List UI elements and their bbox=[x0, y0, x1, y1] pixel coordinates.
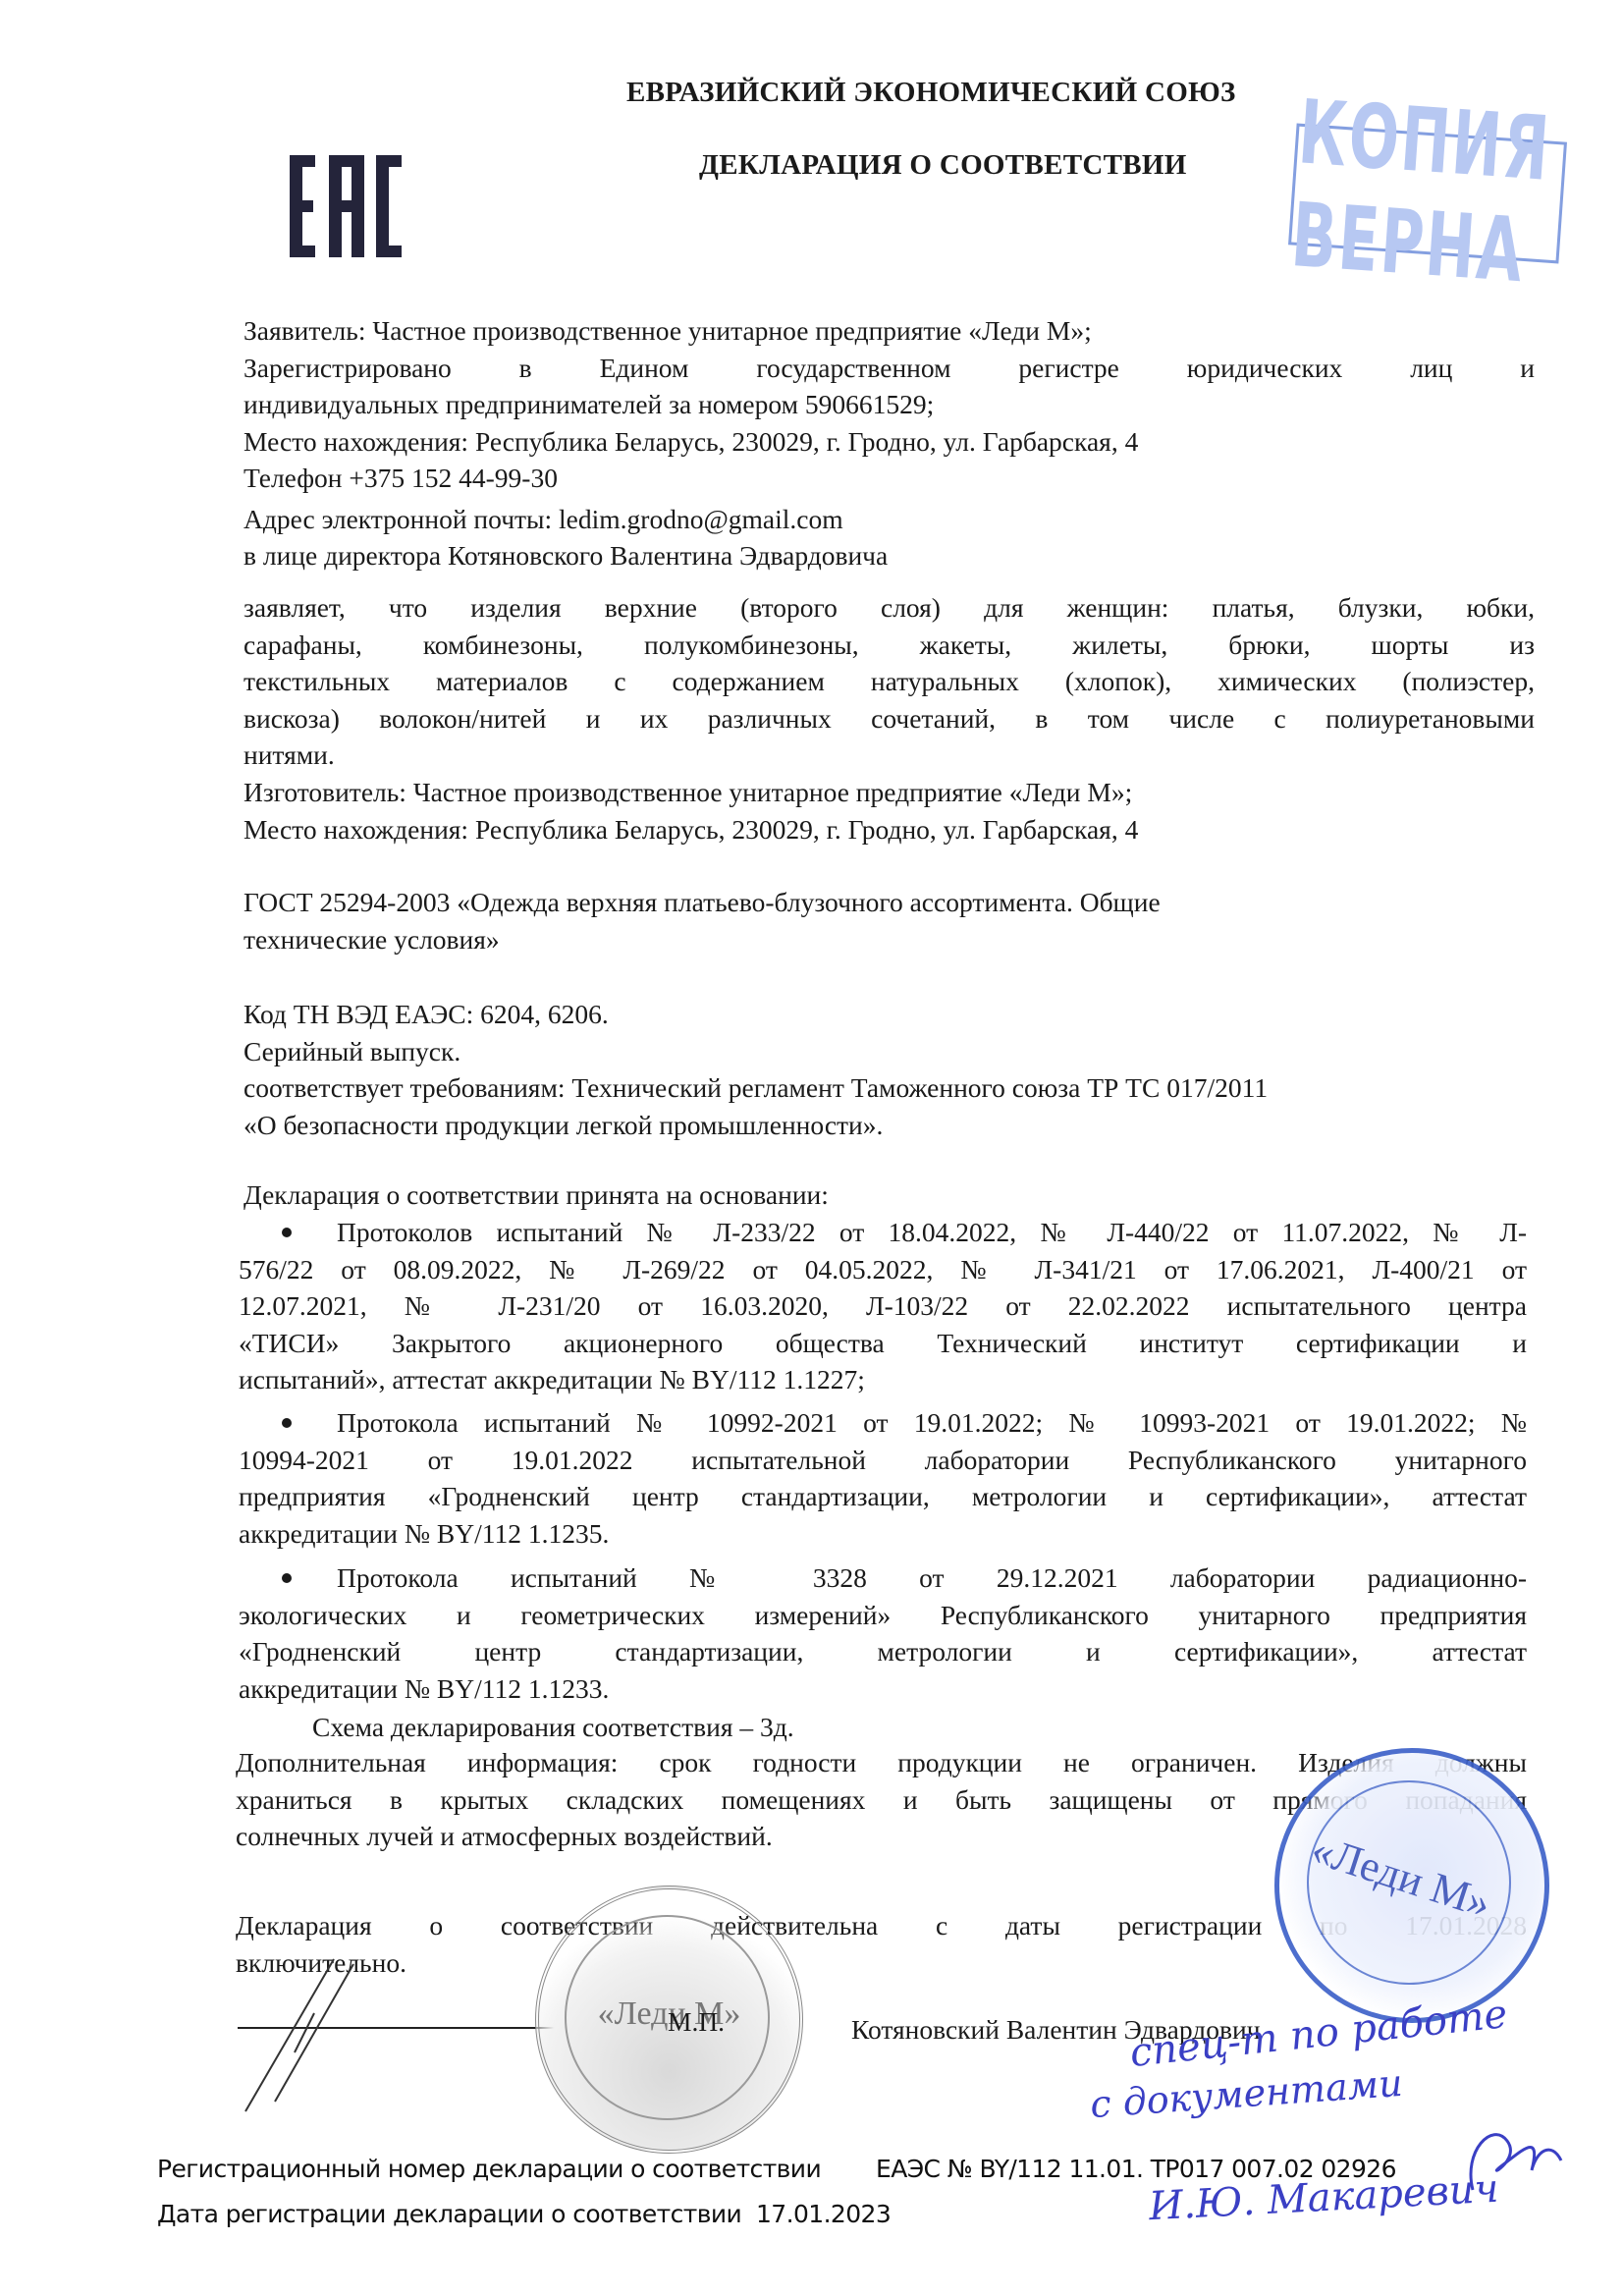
handwritten-note-line: спец-т по работе bbox=[1128, 1992, 1510, 2076]
tn-ved-code: Код ТН ВЭД ЕАЭС: 6204, 6206. bbox=[243, 996, 1535, 1033]
copy-stamp-text: КОПИЯ ВЕРНА bbox=[1288, 82, 1567, 305]
regulation-line: «О безопасности продукции легкой промышл… bbox=[243, 1107, 1535, 1144]
regulation-line: соответствует требованиям: Технический р… bbox=[243, 1069, 1535, 1107]
applicant-line: Место нахождения: Республика Беларусь, 2… bbox=[243, 423, 1535, 461]
product-line: вискоза) волокон/нитей и их различных со… bbox=[243, 700, 1535, 738]
registration-date-value: 17.01.2023 bbox=[756, 2200, 891, 2228]
signature-scribble-icon bbox=[187, 1954, 403, 2121]
registration-number-value: ЕАЭС № BY/112 11.01. ТР017 007.02 02926 bbox=[876, 2155, 1396, 2183]
basis-line: «ТИСИ» Закрытого акционерного общества Т… bbox=[239, 1325, 1527, 1362]
eac-logo-icon bbox=[282, 149, 407, 261]
basis-line: 576/22 от 08.09.2022, № Л-269/22 от 04.0… bbox=[239, 1251, 1527, 1288]
registration-date-label: Дата регистрации декларации о соответств… bbox=[157, 2200, 741, 2228]
basis-heading: Декларация о соответствии принята на осн… bbox=[243, 1176, 1535, 1214]
basis-line: «Гродненский центр стандартизации, метро… bbox=[239, 1633, 1527, 1670]
basis-text: Протокола испытаний № 10992-2021 от 19.0… bbox=[337, 1407, 1527, 1438]
basis-item-3: Протокола испытаний № 3328 от 29.12.2021… bbox=[239, 1559, 1527, 1707]
basis-line: аккредитации № BY/112 1.1233. bbox=[239, 1670, 1527, 1708]
basis-item-1: Протоколов испытаний № Л-233/22 от 18.04… bbox=[239, 1214, 1527, 1398]
union-title: ЕВРАЗИЙСКИЙ ЭКОНОМИЧЕСКИЙ СОЮЗ bbox=[626, 77, 1236, 109]
basis-line: Протокола испытаний № 3328 от 29.12.2021… bbox=[239, 1559, 1527, 1597]
applicant-line: индивидуальных предпринимателей за номер… bbox=[243, 386, 1535, 423]
bullet-icon bbox=[282, 1418, 292, 1428]
applicant-email: Адрес электронной почты: ledim.grodno@gm… bbox=[243, 501, 1535, 538]
standard-line: ГОСТ 25294-2003 «Одежда верхняя платьево… bbox=[243, 884, 1535, 921]
product-line: текстильных материалов с содержанием нат… bbox=[243, 663, 1535, 700]
manufacturer-line: Место нахождения: Республика Беларусь, 2… bbox=[243, 811, 1535, 848]
codes-block: Код ТН ВЭД ЕАЭС: 6204, 6206. Серийный вы… bbox=[243, 996, 1535, 1143]
manufacturer-line: Изготовитель: Частное производственное у… bbox=[243, 774, 1535, 811]
standard-line: технические условия» bbox=[243, 921, 1535, 958]
registration-number-label: Регистрационный номер декларации о соотв… bbox=[157, 2155, 821, 2183]
scheme-line: Схема декларирования соответствия – 3д. bbox=[312, 1709, 1603, 1746]
product-description: заявляет, что изделия верхние (второго с… bbox=[243, 589, 1535, 774]
applicant-director: в лице директора Котяновского Валентина … bbox=[243, 537, 1535, 574]
basis-line: испытаний», аттестат аккредитации № BY/1… bbox=[239, 1361, 1527, 1398]
basis-text: Протоколов испытаний № Л-233/22 от 18.04… bbox=[337, 1217, 1527, 1247]
bullet-icon bbox=[282, 1228, 292, 1237]
basis-line: предприятия «Гродненский центр стандарти… bbox=[239, 1478, 1527, 1515]
basis-block: Декларация о соответствии принята на осн… bbox=[243, 1176, 1535, 1214]
applicant-block: Заявитель: Частное производственное унит… bbox=[243, 312, 1535, 574]
basis-text: Протокола испытаний № 3328 от 29.12.2021… bbox=[337, 1562, 1527, 1593]
basis-line: Протокола испытаний № 10992-2021 от 19.0… bbox=[239, 1404, 1527, 1442]
standard-block: ГОСТ 25294-2003 «Одежда верхняя платьево… bbox=[243, 884, 1535, 957]
product-line: нитями. bbox=[243, 737, 1535, 774]
basis-line: 12.07.2021, № Л-231/20 от 16.03.2020, Л-… bbox=[239, 1287, 1527, 1325]
basis-line: Протоколов испытаний № Л-233/22 от 18.04… bbox=[239, 1214, 1527, 1251]
manufacturer-block: Изготовитель: Частное производственное у… bbox=[243, 774, 1535, 847]
applicant-phone: Телефон +375 152 44-99-30 bbox=[243, 460, 1535, 497]
basis-line: 10994-2021 от 19.01.2022 испытательной л… bbox=[239, 1442, 1527, 1479]
serial-release: Серийный выпуск. bbox=[243, 1033, 1535, 1070]
company-seal-blue: «Леди М» bbox=[1274, 1748, 1549, 2023]
copy-certified-stamp: КОПИЯ ВЕРНА bbox=[1288, 124, 1567, 264]
bullet-icon bbox=[282, 1573, 292, 1583]
applicant-line: Заявитель: Частное производственное унит… bbox=[243, 312, 1535, 350]
basis-line: экологических и геометрических измерений… bbox=[239, 1597, 1527, 1634]
product-line: сарафаны, комбинезоны, полукомбинезоны, … bbox=[243, 627, 1535, 664]
applicant-line: Зарегистрировано в Едином государственно… bbox=[243, 350, 1535, 387]
document-title: ДЕКЛАРАЦИЯ О СООТВЕТСТВИИ bbox=[699, 149, 1187, 182]
basis-item-2: Протокола испытаний № 10992-2021 от 19.0… bbox=[239, 1404, 1527, 1552]
mp-label: М.П. bbox=[668, 2003, 725, 2041]
basis-line: аккредитации № BY/112 1.1235. bbox=[239, 1515, 1527, 1553]
product-line: заявляет, что изделия верхние (второго с… bbox=[243, 589, 1535, 627]
